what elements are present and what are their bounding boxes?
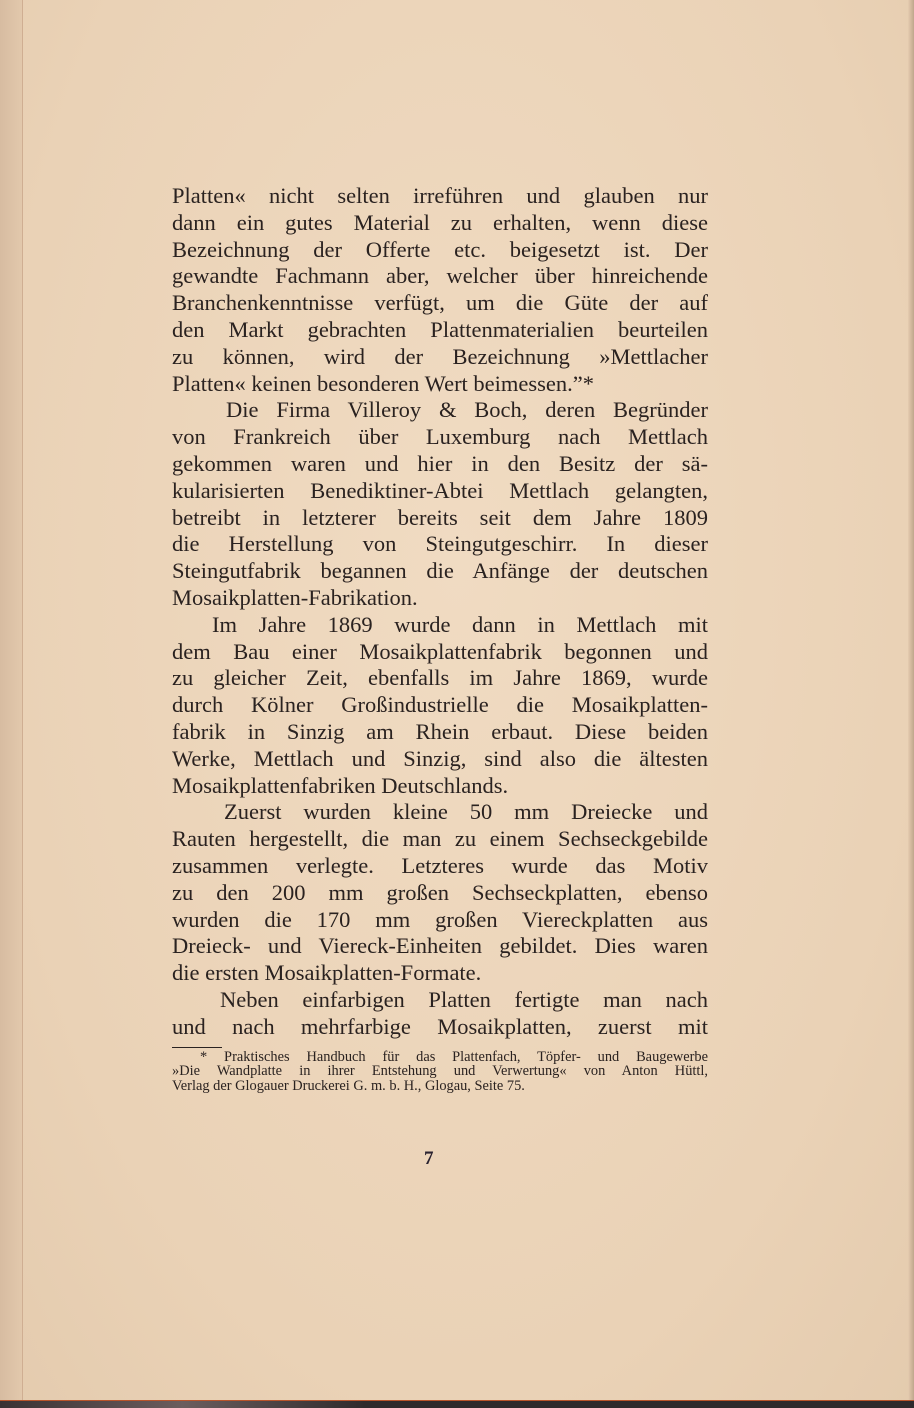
footnote-line: »Die Wandplatte in ihrer Entstehung und … [172, 1064, 708, 1079]
text-line: den Markt gebrachten Plattenmaterialien … [172, 317, 708, 344]
paragraph-5: Neben einfarbigen Platten fertigte man n… [172, 987, 708, 1041]
text-line: und nach mehrfarbige Mosaikplatten, zuer… [172, 1014, 708, 1041]
text-line: fabrik in Sinzig am Rhein erbaut. Diese … [172, 719, 708, 746]
text-line: die Herstellung von Steingutgeschirr. In… [172, 531, 708, 558]
text-line: Steingutfabrik begannen die Anfänge der … [172, 558, 708, 585]
text-line: Die Firma Villeroy & Boch, deren Begründ… [172, 397, 708, 424]
text-line: zu den 200 mm großen Sechseckplatten, eb… [172, 880, 708, 907]
footnote-divider [172, 1047, 222, 1048]
text-line: Dreieck- und Viereck-Einheiten gebildet.… [172, 933, 708, 960]
paragraph-3: Im Jahre 1869 wurde dann in Mettlach mit… [172, 612, 708, 800]
text-line: durch Kölner Großindustrielle die Mosaik… [172, 692, 708, 719]
page-number: 7 [424, 1148, 434, 1170]
text-line: zusammen verlegte. Letzteres wurde das M… [172, 853, 708, 880]
text-line: wurden die 170 mm großen Viereckplatten … [172, 907, 708, 934]
footnote-line: * Praktisches Handbuch für das Plattenfa… [172, 1050, 708, 1065]
text-line: Platten« keinen besonderen Wert beimesse… [172, 371, 708, 398]
text-line: Werke, Mettlach und Sinzig, sind also di… [172, 746, 708, 773]
paragraph-4: Zuerst wurden kleine 50 mm Dreiecke und … [172, 799, 708, 987]
text-line: Branchenkenntnisse verfügt, um die Güte … [172, 290, 708, 317]
text-line: gekommen waren und hier in den Besitz de… [172, 451, 708, 478]
text-line: dann ein gutes Material zu erhalten, wen… [172, 210, 708, 237]
text-line: Platten« nicht selten irreführen und gla… [172, 183, 708, 210]
book-page: Platten« nicht selten irreführen und gla… [0, 0, 914, 1400]
text-line: Neben einfarbigen Platten fertigte man n… [172, 987, 708, 1014]
text-line: zu gleicher Zeit, ebenfalls im Jahre 186… [172, 665, 708, 692]
body-text: Platten« nicht selten irreführen und gla… [172, 183, 708, 1093]
paragraph-1: Platten« nicht selten irreführen und gla… [172, 183, 708, 397]
text-line: kularisierten Benediktiner-Abtei Mettlac… [172, 478, 708, 505]
book-spine-gutter [0, 0, 23, 1400]
text-line: Mosaikplatten-Fabrikation. [172, 585, 708, 612]
text-line: Bezeichnung der Offerte etc. beigesetzt … [172, 237, 708, 264]
text-line: Rauten hergestellt, die man zu einem Sec… [172, 826, 708, 853]
text-line: betreibt in letzterer bereits seit dem J… [172, 505, 708, 532]
text-line: dem Bau einer Mosaikplattenfabrik begonn… [172, 639, 708, 666]
paragraph-2: Die Firma Villeroy & Boch, deren Begründ… [172, 397, 708, 611]
text-line: zu können, wird der Bezeichnung »Mettlac… [172, 344, 708, 371]
text-line: Im Jahre 1869 wurde dann in Mettlach mit [172, 612, 708, 639]
footnote-line: Verlag der Glogauer Druckerei G. m. b. H… [172, 1079, 708, 1094]
page-bottom-edge [0, 1400, 914, 1408]
text-line: Mosaikplattenfabriken Deutschlands. [172, 773, 708, 800]
text-line: gewandte Fachmann aber, welcher über hin… [172, 263, 708, 290]
page-right-edge [908, 0, 914, 1400]
footnote: * Praktisches Handbuch für das Plattenfa… [172, 1050, 708, 1094]
text-line: von Frankreich über Luxemburg nach Mettl… [172, 424, 708, 451]
text-line: die ersten Mosaikplatten-Formate. [172, 960, 708, 987]
text-line: Zuerst wurden kleine 50 mm Dreiecke und [172, 799, 708, 826]
